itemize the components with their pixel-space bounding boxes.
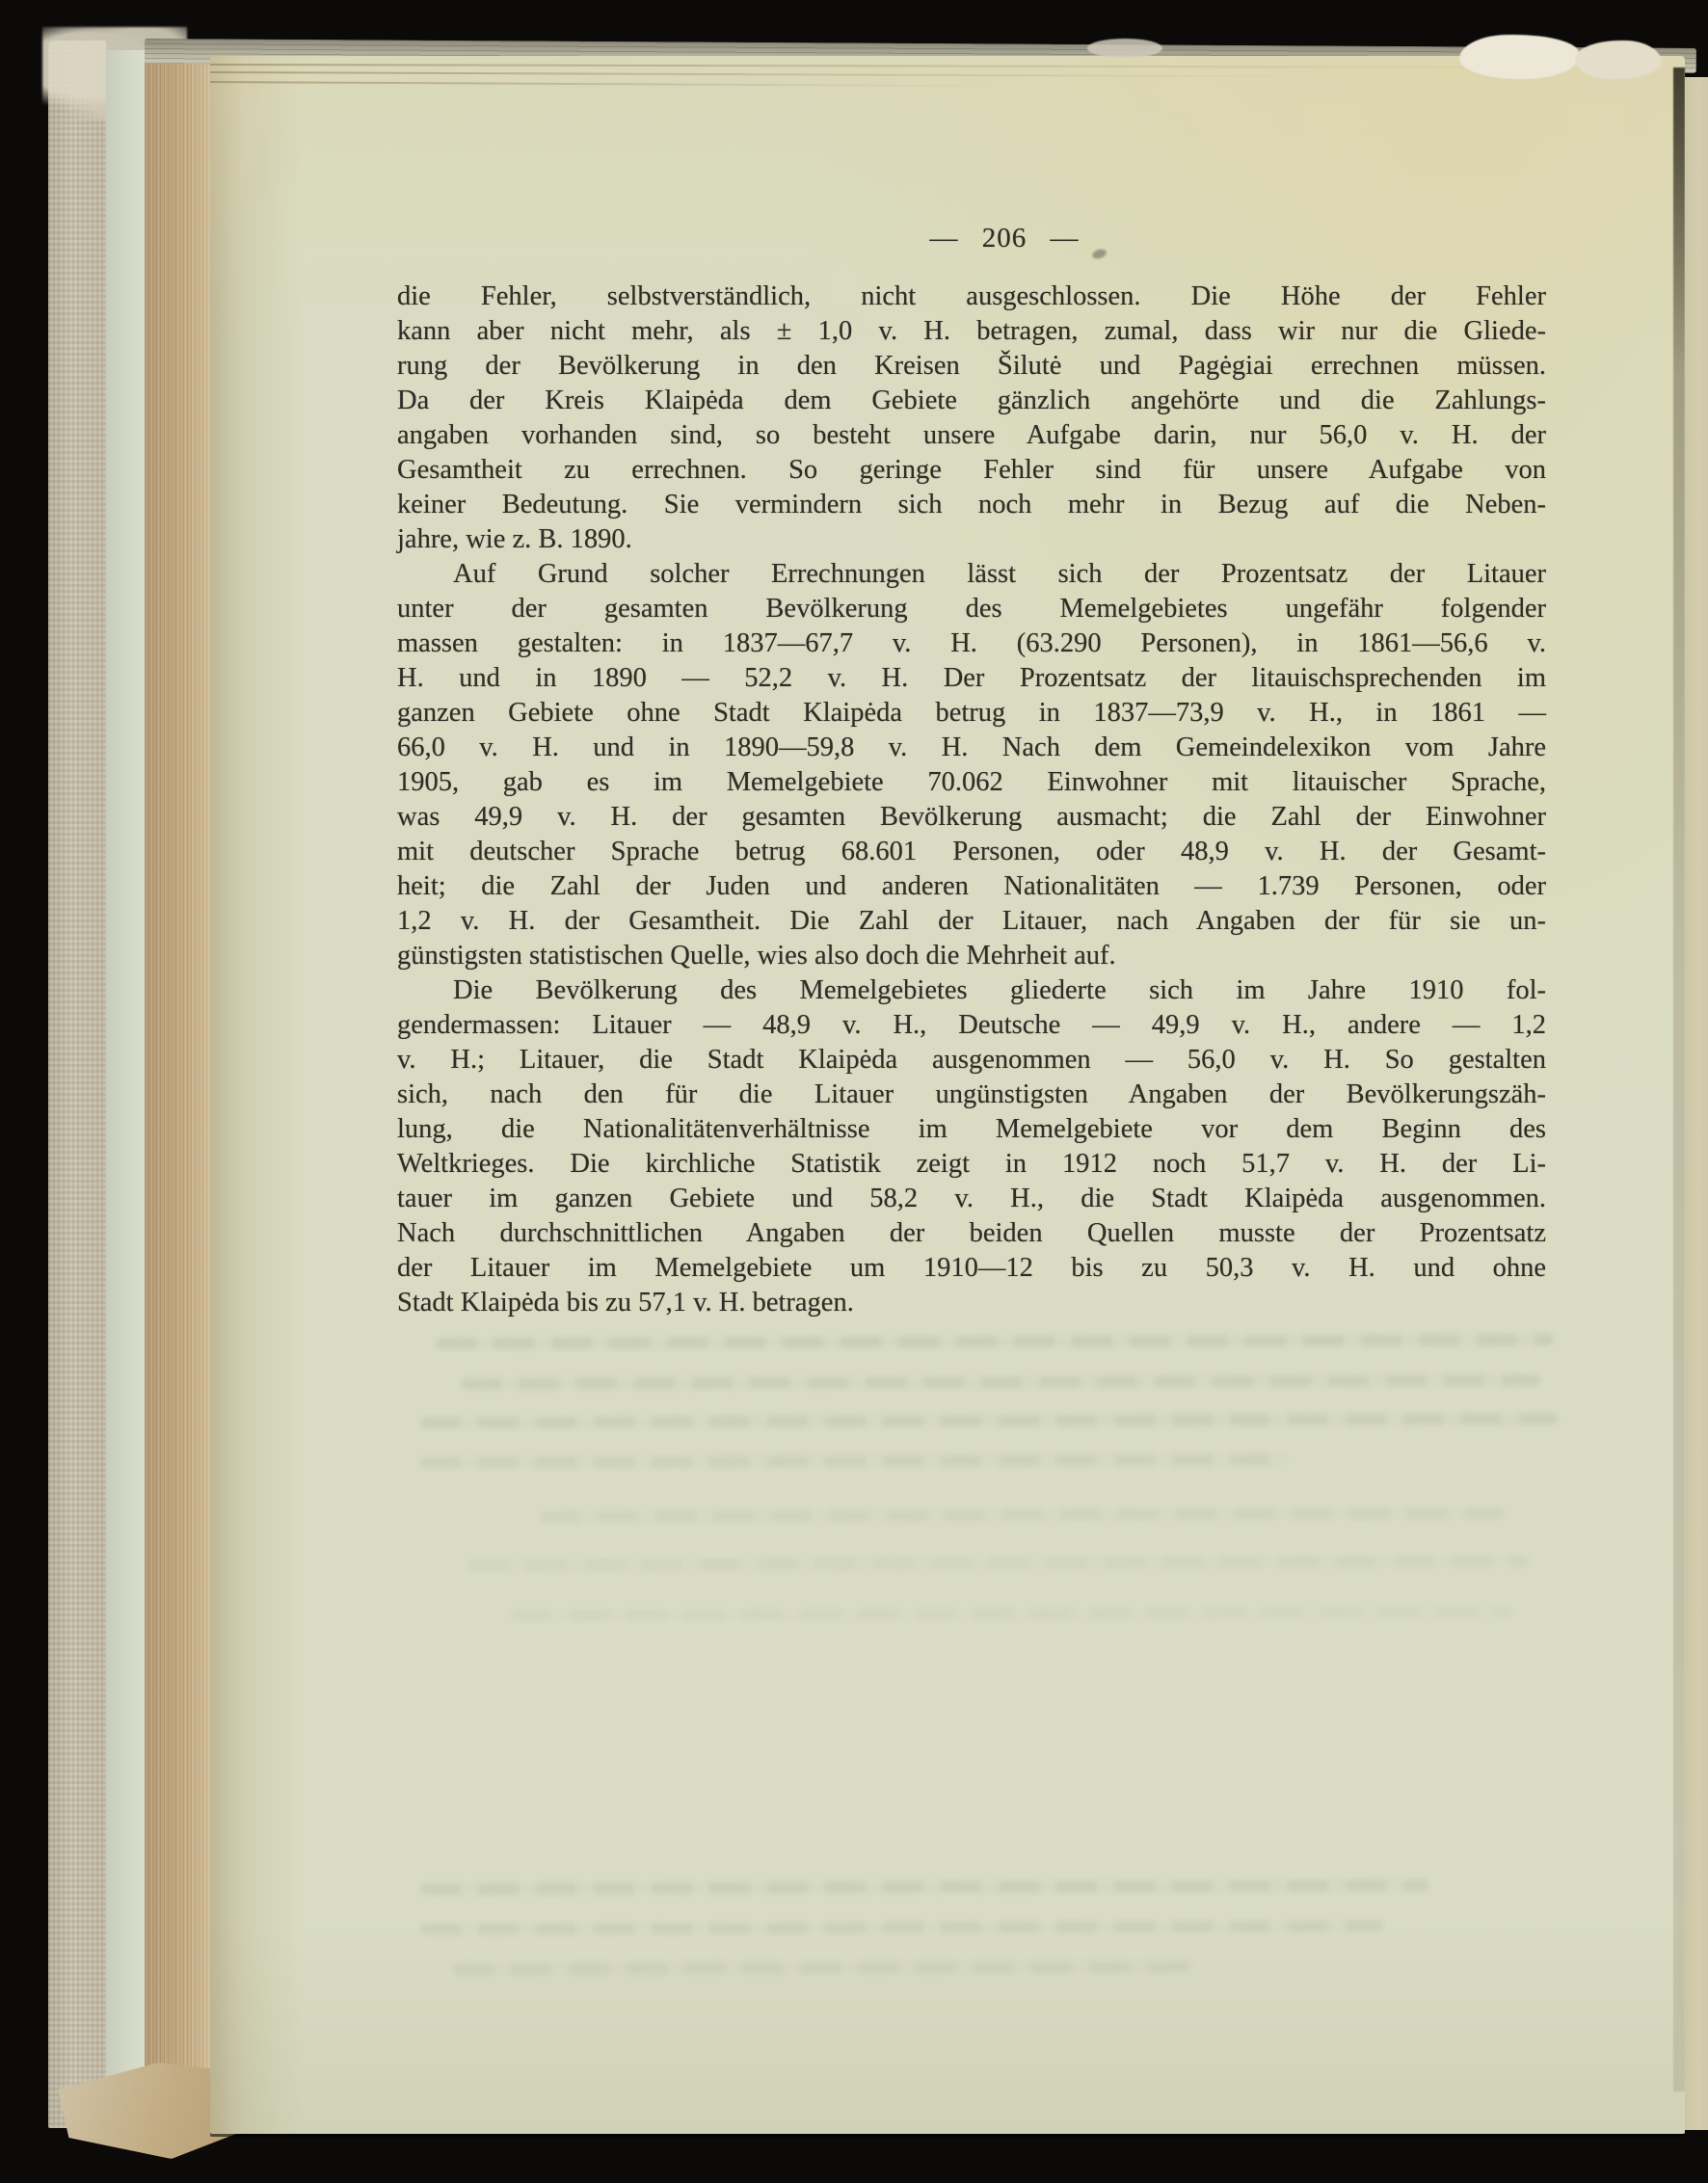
torn-paper-scrap — [1575, 40, 1662, 79]
text-line: Da der Kreis Klaipėda dem Gebiete gänzli… — [397, 384, 1546, 418]
text-line: sich, nach den für die Litauer ungünstig… — [397, 1078, 1546, 1112]
page-edge-stack — [145, 52, 212, 2138]
text-line: lung, die Nationalitätenverhältnisse im … — [397, 1112, 1546, 1147]
paragraph: Die Bevölkerung des Memelgebietes gliede… — [397, 973, 1546, 1320]
text-line: Gesamtheit zu errechnen. So geringe Fehl… — [397, 453, 1546, 488]
text-line: unter der gesamten Bevölkerung des Memel… — [397, 592, 1546, 626]
text-line: die Fehler, selbstverständlich, nicht au… — [397, 280, 1546, 314]
text-line: günstigsten statistischen Quelle, wies a… — [397, 939, 1546, 973]
book-cover-cloth-edge — [48, 40, 106, 2128]
text-line: rung der Bevölkerung in den Kreisen Šilu… — [397, 349, 1546, 384]
text-line: tauer im ganzen Gebiete und 58,2 v. H., … — [397, 1182, 1546, 1216]
text-line: 1,2 v. H. der Gesamtheit. Die Zahl der L… — [397, 904, 1546, 939]
page-right-edge-seam — [1673, 67, 1685, 2091]
paragraph: die Fehler, selbstverständlich, nicht au… — [397, 280, 1546, 557]
text-line: jahre, wie z. B. 1890. — [397, 522, 1546, 557]
text-line: Die Bevölkerung des Memelgebietes gliede… — [397, 973, 1546, 1008]
body-text: die Fehler, selbstverständlich, nicht au… — [397, 280, 1546, 1320]
torn-paper-scrap — [1087, 39, 1162, 58]
text-line: der Litauer im Memelgebiete um 1910—12 b… — [397, 1251, 1546, 1286]
text-line: H. und in 1890 — 52,2 v. H. Der Prozents… — [397, 661, 1546, 696]
text-line: massen gestalten: in 1837—67,7 v. H. (63… — [397, 626, 1546, 661]
text-line: gendermassen: Litauer — 48,9 v. H., Deut… — [397, 1008, 1546, 1043]
text-line: Stadt Klaipėda bis zu 57,1 v. H. betrage… — [397, 1286, 1546, 1320]
text-line: mit deutscher Sprache betrug 68.601 Pers… — [397, 835, 1546, 869]
text-line: kann aber nicht mehr, als ± 1,0 v. H. be… — [397, 314, 1546, 349]
page-top-edge-line — [210, 81, 1001, 87]
text-line: was 49,9 v. H. der gesamten Bevölkerung … — [397, 800, 1546, 835]
text-line: angaben vorhanden sind, so besteht unser… — [397, 418, 1546, 453]
page-top-edge-line — [210, 64, 1579, 68]
text-line: Nach durchschnittlichen Angaben der beid… — [397, 1216, 1546, 1251]
text-line: keiner Bedeutung. Sie vermindern sich no… — [397, 488, 1546, 522]
flyleaf-edge — [106, 50, 145, 2124]
page-number: — 206 — — [430, 223, 1579, 254]
text-line: ganzen Gebiete ohne Stadt Klaipėda betru… — [397, 696, 1546, 731]
text-line: v. H.; Litauer, die Stadt Klaipėda ausge… — [397, 1043, 1546, 1078]
underlying-page-edge — [1685, 77, 1708, 2130]
text-line: Weltkrieges. Die kirchliche Statistik ze… — [397, 1147, 1546, 1182]
text-line: 1905, gab es im Memelgebiete 70.062 Einw… — [397, 765, 1546, 800]
paragraph: Auf Grund solcher Errechnungen lässt sic… — [397, 557, 1546, 973]
page-top-edge-line — [210, 71, 1319, 77]
text-line: heit; die Zahl der Juden und anderen Nat… — [397, 869, 1546, 904]
scanned-book-photo: — 206 — die Fehler, selbstverständlich, … — [0, 0, 1708, 2183]
text-line: Auf Grund solcher Errechnungen lässt sic… — [397, 557, 1546, 592]
text-line: 66,0 v. H. und in 1890—59,8 v. H. Nach d… — [397, 731, 1546, 765]
torn-paper-scrap — [1459, 35, 1579, 79]
